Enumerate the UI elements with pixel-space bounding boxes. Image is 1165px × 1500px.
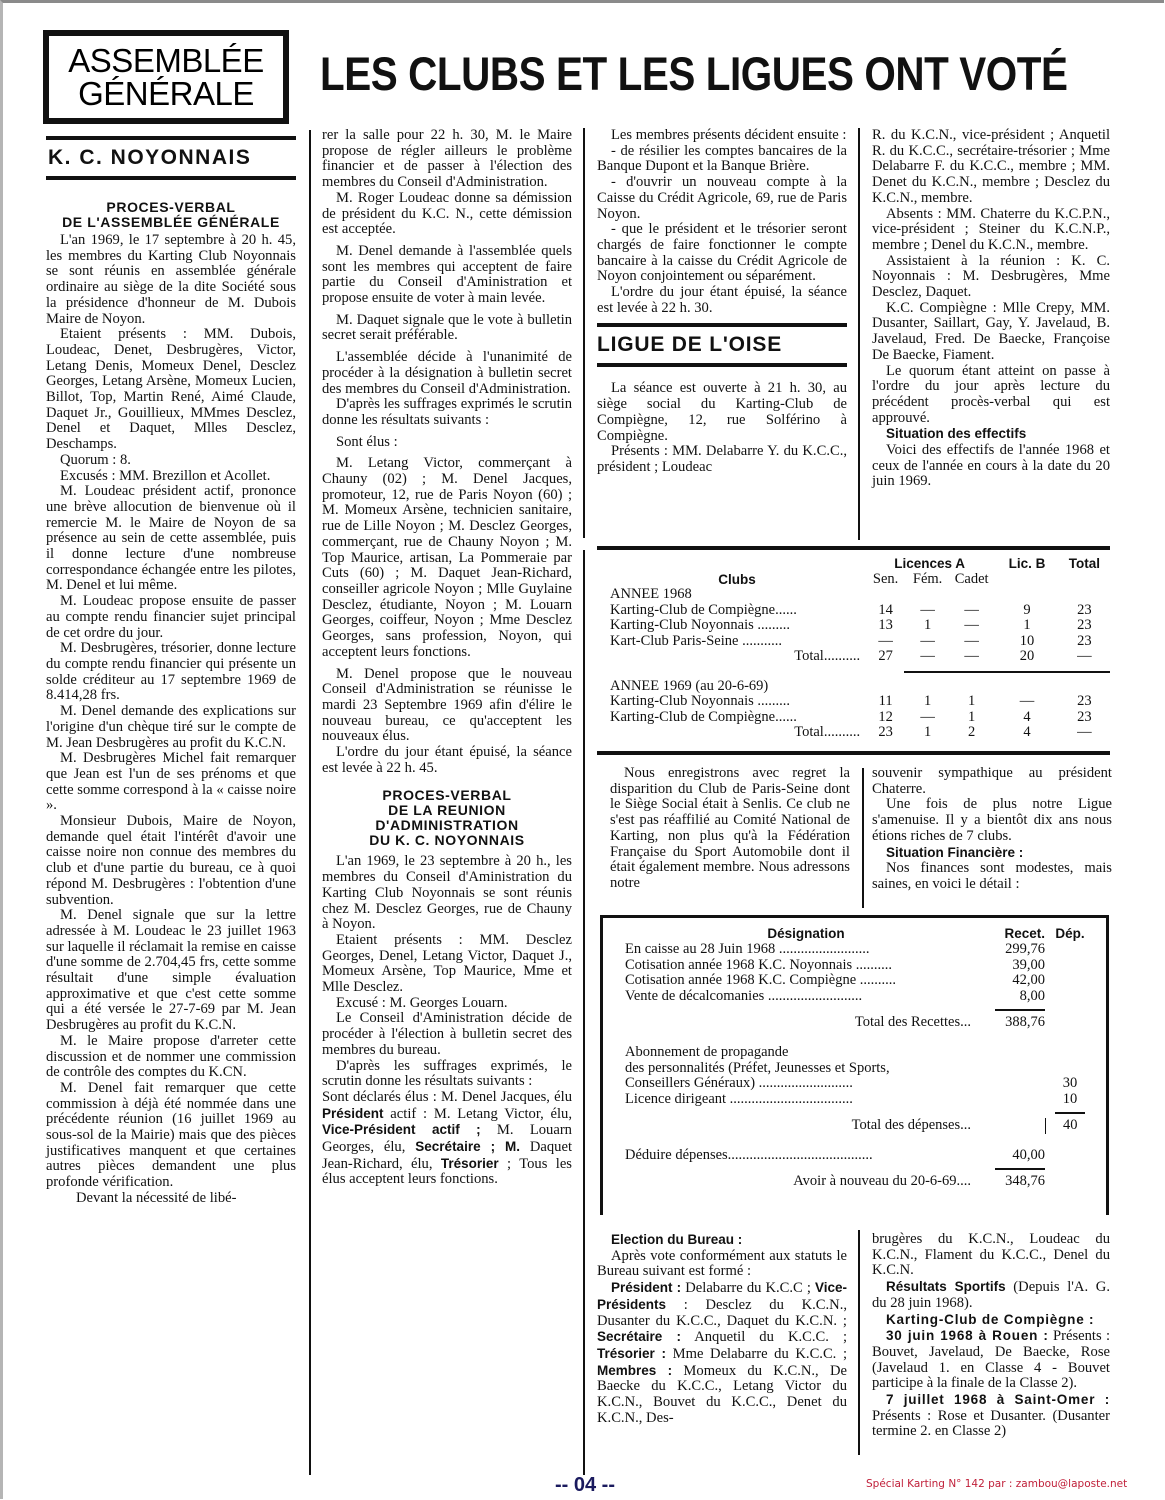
cell-total: 23	[1059, 710, 1110, 726]
section-title-ligue: LIGUE DE L'OISE	[597, 333, 847, 357]
role-secretary: Secrétaire ;	[415, 1139, 495, 1154]
paragraph: - d'ouvrir un nouveau compte à la Caisse…	[597, 175, 847, 222]
club-name: Karting-Club de Compiègne......	[610, 603, 864, 619]
header-clubs: Clubs	[610, 572, 864, 588]
paragraph: Nos finances sont modestes, mais saines,…	[872, 861, 1112, 892]
table-row-total: Total.......... 23 1 2 4 —	[610, 725, 1110, 741]
cell-sen: 13	[864, 618, 907, 634]
table-row: Licence dirigeant ......................…	[625, 1092, 1095, 1108]
paragraph: rer la salle pour 22 h. 30, M. le Maire …	[322, 128, 572, 191]
paragraph: M. Letang Victor, commerçant à Chauny (0…	[322, 456, 572, 660]
table-row: Cotisation année 1968 K.C. Compiègne ...…	[625, 973, 1095, 989]
finance-table: Désignation Recet. Dép. En caisse au 28 …	[625, 926, 1095, 1189]
header-licences-a: Licences A	[864, 556, 995, 572]
table-row: Vente de décalcomanies .................…	[625, 989, 1095, 1005]
badge-line-2: GÉNÉRALE	[78, 77, 254, 110]
paragraph: R. du K.C.N., vice-président ; Anquetil …	[872, 128, 1110, 207]
column-divider-2	[583, 128, 585, 538]
paragraph: M. Denel fait remarquer que cette commis…	[46, 1081, 296, 1191]
paragraph: M. Loudeac président actif, prononce une…	[46, 484, 296, 594]
role-president: Président :	[611, 1280, 681, 1295]
title-rule-top	[46, 136, 296, 140]
table-row: Conseillers Généraux) ..................…	[625, 1076, 1095, 1092]
table-row: Karting-Club de Compiègne...... 12 — 1 4…	[610, 710, 1110, 726]
paragraph: L'an 1969, le 17 septembre à 20 h. 45, l…	[46, 233, 296, 327]
club-name: Karting-Club Noyonnais .........	[610, 618, 864, 634]
table-rule-bottom	[597, 751, 1110, 755]
paragraph: M. Daquet signale que le vote à bulletin…	[322, 313, 572, 344]
row-label: Vente de décalcomanies .................…	[625, 989, 987, 1005]
text: Présents : Rose et Dusanter. (Dusanter t…	[872, 1408, 1110, 1440]
expense-label: Conseillers Généraux) ..................…	[625, 1076, 987, 1092]
paragraph: M. Denel propose que le nouveau Conseil …	[322, 667, 572, 746]
row-value: 42,00	[987, 973, 1045, 989]
paragraph: Le Conseil d'Aministration décide de pro…	[322, 1011, 572, 1058]
table-rule-top	[597, 546, 1110, 550]
cell-total: 23	[1059, 618, 1110, 634]
title-rule-bottom	[597, 363, 847, 367]
section-title-kcn: K. C. NOYONNAIS	[48, 146, 296, 170]
cell-sen: 27	[864, 649, 907, 665]
table-separator	[904, 671, 1110, 673]
paragraph: brugères du K.C.N., Loudeac du K.C.N., F…	[872, 1232, 1110, 1279]
cell-fem: 1	[907, 725, 948, 741]
paragraph: Monsieur Dubois, Maire de Noyon, demande…	[46, 814, 296, 908]
column-kcn: K. C. NOYONNAIS PROCES-VERBAL DE L'ASSEM…	[46, 136, 296, 1207]
expense-label: Abonnement de propagande	[625, 1045, 987, 1061]
club-name: Karting-Club Noyonnais .........	[610, 694, 864, 710]
section-badge: ASSEMBLÉE GÉNÉRALE	[43, 30, 289, 124]
sum-rule	[995, 1168, 1045, 1170]
pv2-title-line: PROCES-VERBAL	[322, 788, 572, 803]
paragraph: D'après les suffrages exprimés, le scrut…	[322, 1059, 572, 1090]
row-label: En caisse au 28 Juin 1968 ..............…	[625, 942, 987, 958]
column-divider-1	[309, 130, 311, 1475]
role-treasurer: Trésorier :	[597, 1346, 666, 1361]
table-row: Karting-Club Noyonnais ......... 13 1 — …	[610, 618, 1110, 634]
table-row: En caisse au 28 Juin 1968 ..............…	[625, 942, 1095, 958]
total-depenses-value: 40	[1045, 1118, 1095, 1134]
table-row-total: Total.......... 27 — — 20 —	[610, 649, 1110, 665]
total-depenses-label: Total des dépenses...	[625, 1118, 987, 1134]
header-sen: Sen.	[864, 572, 907, 588]
header-designation: Désignation	[625, 926, 987, 942]
effectifs-table-wrap: Licences A Lic. B Total Clubs Sen. Fém. …	[610, 556, 1115, 741]
cell-total: 23	[1059, 694, 1110, 710]
credit-line: Spécial Karting N° 142 par : zambou@lapo…	[866, 1478, 1127, 1490]
role-members: Membres :	[597, 1363, 672, 1378]
expense-value: 30	[1045, 1076, 1095, 1092]
total-label: Total..........	[610, 649, 864, 665]
cell-licb: 20	[995, 649, 1059, 665]
row-value: 8,00	[987, 989, 1045, 1005]
total-row: Avoir à nouveau du 20-6-69....348,76	[625, 1174, 1095, 1190]
cell-cadet: —	[948, 603, 995, 619]
cell-total: —	[1059, 725, 1110, 741]
row-label: Cotisation année 1968 K.C. Compiègne ...…	[625, 973, 987, 989]
race-paragraph: 30 juin 1968 à Rouen : Présents : Bouvet…	[872, 1328, 1110, 1392]
cell-fem: —	[907, 649, 948, 665]
club-name: Karting-Club de Compiègne......	[610, 710, 864, 726]
role-president: Président	[322, 1106, 384, 1121]
cell-licb: 10	[995, 634, 1059, 650]
paragraph: M. Denel signale que sur la lettre adres…	[46, 908, 296, 1034]
paragraph: M. Roger Loudeac donne sa démission de p…	[322, 191, 572, 238]
paragraph: L'ordre du jour étant épuisé, la séance …	[597, 285, 847, 316]
heading-text: Election du Bureau :	[611, 1232, 742, 1247]
cell-total: 23	[1059, 634, 1110, 650]
cell-licb: 4	[995, 710, 1059, 726]
paragraph: Sont élus :	[322, 435, 572, 451]
heading-text: Situation Financière :	[886, 845, 1023, 860]
row-value: 299,76	[987, 942, 1045, 958]
bureau-paragraph: Président : Delabarre du K.C.C ; Vice-Pr…	[597, 1280, 847, 1426]
cell-fem: 1	[907, 618, 948, 634]
cell-cadet: 1	[948, 710, 995, 726]
paragraph: D'après les suffrages exprimés le scruti…	[322, 397, 572, 428]
results-heading: Résultats Sportifs	[886, 1279, 1006, 1294]
mid-left-text: Nous enregistrons avec regret la dispari…	[610, 766, 850, 892]
column-divider-mid	[862, 768, 864, 908]
cell-licb: 9	[995, 603, 1059, 619]
header-lic-b: Lic. B	[995, 556, 1059, 572]
cell-fem: 1	[907, 694, 948, 710]
text	[495, 1139, 505, 1155]
resultats-sportifs: brugères du K.C.N., Loudeac du K.C.N., F…	[872, 1232, 1110, 1440]
heading-text: Situation des effectifs	[886, 426, 1026, 441]
cell-total: —	[1059, 649, 1110, 665]
role-vice-president: Vice-Président actif ;	[322, 1122, 481, 1137]
table-row: Cotisation année 1968 K.C. Noyonnais ...…	[625, 958, 1095, 974]
total-row: Total des dépenses...40	[625, 1118, 1095, 1134]
heading-text: Karting-Club de Compiègne :	[886, 1312, 1094, 1327]
expense-value: 10	[1045, 1092, 1095, 1108]
club-heading: Karting-Club de Compiègne :	[872, 1312, 1110, 1329]
column-3: Les membres présents décident ensuite : …	[597, 128, 847, 476]
effectifs-table: Licences A Lic. B Total Clubs Sen. Fém. …	[610, 556, 1110, 741]
election-heading: Election du Bureau :	[597, 1232, 847, 1249]
column-divider-3	[858, 128, 860, 540]
paragraph: Nous enregistrons avec regret la dispari…	[610, 766, 850, 892]
row-label: Cotisation année 1968 K.C. Noyonnais ...…	[625, 958, 987, 974]
paragraph: Le quorum étant atteint on passe à l'ord…	[872, 364, 1110, 427]
paragraph: Etaient présents : MM. Dubois, Loudeac, …	[46, 327, 296, 453]
text: Mme Delabarre du K.C.C. ;	[666, 1346, 847, 1362]
cell-sen: 12	[864, 710, 907, 726]
finance-table-box: Désignation Recet. Dép. En caisse au 28 …	[600, 915, 1109, 1215]
role-treasurer: Trésorier	[441, 1156, 499, 1171]
cell-cadet: —	[948, 618, 995, 634]
paragraph: La séance est ouverte à 21 h. 30, au siè…	[597, 381, 847, 444]
paragraph: M. Desbrugères Michel fait remarquer que…	[46, 751, 296, 814]
cell-fem: —	[907, 634, 948, 650]
paragraph: M. Loudeac propose ensuite de passer au …	[46, 594, 296, 641]
table-row: Karting-Club Noyonnais ......... 11 1 1 …	[610, 694, 1110, 710]
header-cadet: Cadet	[948, 572, 995, 588]
header-total: Total	[1059, 556, 1110, 572]
role-secretary: Secrétaire :	[597, 1329, 681, 1344]
deduire-label: Déduire dépenses........................…	[625, 1148, 987, 1164]
title-rule-bottom	[46, 176, 296, 180]
paragraph: Devant la nécessité de libé-	[46, 1191, 296, 1207]
paragraph: L'assemblée décide à l'unanimité de proc…	[322, 350, 572, 397]
paragraph: M. Denel demande à l'assemblée quels son…	[322, 244, 572, 307]
table-row: Déduire dépenses........................…	[625, 1148, 1095, 1164]
paragraph: - de résilier les comptes bancaires de l…	[597, 144, 847, 175]
paragraph: Excusés : MM. Brezillon et Acollet.	[46, 469, 296, 485]
cell-cadet: 1	[948, 694, 995, 710]
column-4: R. du K.C.N., vice-président ; Anquetil …	[872, 128, 1110, 490]
paragraph: Après vote conformément aux statuts le B…	[597, 1249, 847, 1280]
cell-fem: —	[907, 710, 948, 726]
paragraph: Absents : MM. Chaterre du K.C.P.N., vice…	[872, 207, 1110, 254]
table-row: Kart-Club Paris-Seine ........... — — — …	[610, 634, 1110, 650]
table-row: Karting-Club de Compiègne...... 14 — — 9…	[610, 603, 1110, 619]
election-bureau: Election du Bureau : Après vote conformé…	[597, 1232, 847, 1426]
total-label: Total..........	[610, 725, 864, 741]
mid-right-text: souvenir sympathique au président Chater…	[872, 766, 1112, 893]
expense-label: Licence dirigeant ......................…	[625, 1092, 987, 1108]
header-fem: Fém.	[907, 572, 948, 588]
pv2-title-line: DE LA REUNION	[322, 803, 572, 818]
column-divider-2b	[583, 550, 585, 1475]
total-row: Total des Recettes...388,76	[625, 1015, 1095, 1031]
pv-title-2: DE L'ASSEMBLÉE GÉNÉRALE	[46, 215, 296, 230]
race-saint-omer: 7 juillet 1968 à Saint-Omer :	[886, 1392, 1110, 1407]
deduire-value: 40,00	[987, 1148, 1045, 1164]
paragraph: Excusé : M. Georges Louarn.	[322, 996, 572, 1012]
column-divider-bottom	[858, 1230, 860, 1455]
row-value: 39,00	[987, 958, 1045, 974]
paragraph: K.C. Compiègne : Mlle Crepy, MM. Dusante…	[872, 301, 1110, 364]
paragraph: Les membres présents décident ensuite :	[597, 128, 847, 144]
paragraph: M. Denel demande des explications sur l'…	[46, 704, 296, 751]
cell-cadet: —	[948, 634, 995, 650]
expense-label: des personnalités (Préfet, Jeunesses et …	[625, 1061, 987, 1077]
column-2: rer la salle pour 22 h. 30, M. le Maire …	[322, 128, 572, 1188]
cell-cadet: —	[948, 649, 995, 665]
page-headline: LES CLUBS ET LES LIGUES ONT VOTÉ	[320, 46, 1068, 101]
results-paragraph: Résultats Sportifs (Depuis l'A. G. du 28…	[872, 1279, 1110, 1311]
year-1968: ANNEE 1968	[610, 587, 1110, 603]
cell-sen: 14	[864, 603, 907, 619]
paragraph: L'an 1969, le 23 septembre à 20 h., les …	[322, 854, 572, 933]
paragraph: - que le président et le trésorier seron…	[597, 222, 847, 285]
cell-licb: —	[995, 694, 1059, 710]
cell-sen: 11	[864, 694, 907, 710]
paragraph: M. le Maire propose d'arreter cette disc…	[46, 1034, 296, 1081]
paragraph: L'ordre du jour étant épuisé, la séance …	[322, 745, 572, 776]
cell-fem: —	[907, 603, 948, 619]
cell-sen: 23	[864, 725, 907, 741]
paragraph: Une fois de plus notre Ligue s'amenuise.…	[872, 797, 1112, 844]
cell-licb: 1	[995, 618, 1059, 634]
pv2-title-line: DU K. C. NOYONNAIS	[322, 833, 572, 848]
page-number: -- 04 --	[555, 1474, 615, 1497]
total-recettes-label: Total des Recettes...	[625, 1015, 987, 1031]
race-paragraph: 7 juillet 1968 à Saint-Omer : Présents :…	[872, 1392, 1110, 1440]
paragraph: Assistaient à la réunion : K. C. Noyonna…	[872, 254, 1110, 301]
year-1969: ANNEE 1969 (au 20-6-69)	[610, 679, 1110, 695]
cell-total: 23	[1059, 603, 1110, 619]
paragraph: Quorum : 8.	[46, 453, 296, 469]
avoir-label: Avoir à nouveau du 20-6-69....	[625, 1174, 987, 1190]
paragraph: Etaient présents : MM. Desclez Georges, …	[322, 933, 572, 996]
header-depenses: Dép.	[1045, 926, 1095, 942]
sum-rule	[995, 1009, 1045, 1011]
cell-cadet: 2	[948, 725, 995, 741]
effectifs-heading: Situation des effectifs	[872, 426, 1110, 443]
paragraph: Voici des effectifs de l'année 1968 et c…	[872, 443, 1110, 490]
finance-heading: Situation Financière :	[872, 845, 1112, 862]
paragraph: souvenir sympathique au président Chater…	[872, 766, 1112, 797]
header-recettes: Recet.	[987, 926, 1045, 942]
badge-line-1: ASSEMBLÉE	[68, 44, 263, 77]
elus-paragraph: Sont déclarés élus : M. Denel Jacques, é…	[322, 1090, 572, 1188]
text: Delabarre du K.C.C ;	[681, 1280, 815, 1296]
pv-title-1: PROCES-VERBAL	[46, 200, 296, 215]
title-rule-top	[597, 323, 847, 327]
text: actif : M. Letang Victor, élu,	[384, 1106, 572, 1122]
club-name: Kart-Club Paris-Seine ...........	[610, 634, 864, 650]
cell-sen: —	[864, 634, 907, 650]
total-recettes-value: 388,76	[987, 1015, 1045, 1031]
cell-licb: 4	[995, 725, 1059, 741]
avoir-value: 348,76	[987, 1174, 1045, 1190]
sum-rule	[1055, 1112, 1085, 1114]
text: Anquetil du K.C.C. ;	[681, 1329, 847, 1345]
text: Sont déclarés élus : M. Denel Jacques, é…	[322, 1089, 572, 1105]
pv2-title-line: D'ADMINISTRATION	[322, 818, 572, 833]
race-rouen: 30 juin 1968 à Rouen :	[886, 1328, 1049, 1343]
paragraph: Présents : MM. Delabarre Y. du K.C.C., p…	[597, 444, 847, 475]
paragraph: M. Desbrugères, trésorier, donne lecture…	[46, 641, 296, 704]
text-bold: M.	[505, 1139, 520, 1154]
